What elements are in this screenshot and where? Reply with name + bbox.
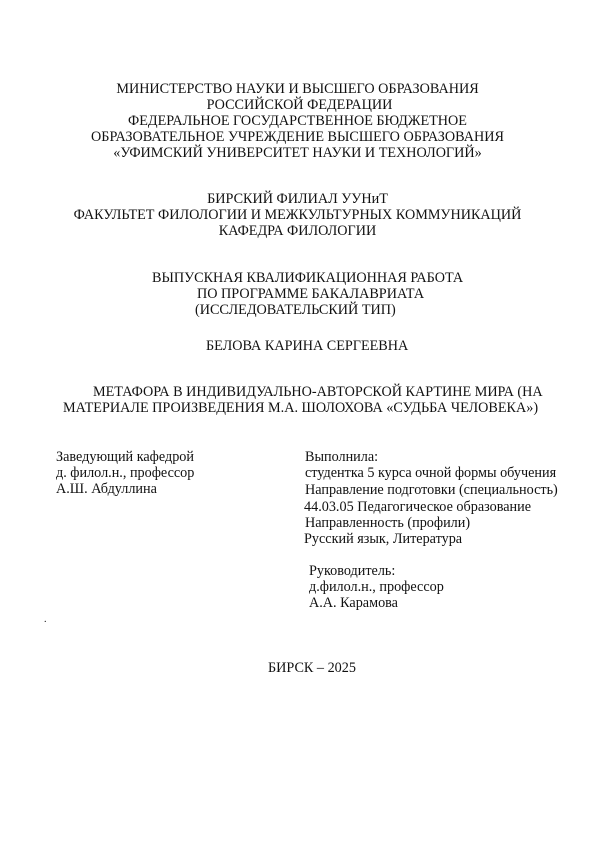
- ministry-line-1: МИНИСТЕРСТВО НАУКИ И ВЫСШЕГО ОБРАЗОВАНИЯ: [0, 81, 595, 97]
- thesis-title-line-1: МЕТАФОРА В ИНДИВИДУАЛЬНО-АВТОРСКОЙ КАРТИ…: [93, 384, 543, 400]
- head-of-department-degree: д. филол.н., профессор: [56, 465, 194, 481]
- study-profile-label: Направленность (профили): [305, 515, 470, 531]
- performed-by-label: Выполнила:: [305, 449, 378, 465]
- supervisor-block: Руководитель: д.филол.н., профессор А.А.…: [309, 563, 444, 611]
- supervisor-name: А.А. Карамова: [309, 595, 444, 611]
- branch-name: БИРСКИЙ ФИЛИАЛ УУНиТ: [0, 191, 595, 207]
- ministry-line-3: ФЕДЕРАЛЬНОЕ ГОСУДАРСТВЕННОЕ БЮДЖЕТНОЕ: [0, 113, 595, 129]
- head-of-department-block: Заведующий кафедрой д. филол.н., професс…: [56, 449, 194, 497]
- study-direction-value: 44.03.05 Педагогическое образование: [304, 499, 531, 515]
- department-name: КАФЕДРА ФИЛОЛОГИИ: [0, 223, 595, 239]
- ministry-line-2: РОССИЙСКОЙ ФЕДЕРАЦИИ: [0, 97, 595, 113]
- head-of-department-name: А.Ш. Абдуллина: [56, 481, 194, 497]
- thesis-title-line-2: МАТЕРИАЛЕ ПРОИЗВЕДЕНИЯ М.А. ШОЛОХОВА «СУ…: [63, 400, 538, 416]
- faculty-name: ФАКУЛЬТЕТ ФИЛОЛОГИИ И МЕЖКУЛЬТУРНЫХ КОММ…: [0, 207, 595, 223]
- head-of-department-title: Заведующий кафедрой: [56, 449, 194, 465]
- work-type-line-1: ВЫПУСКНАЯ КВАЛИФИКАЦИОННАЯ РАБОТА: [152, 270, 463, 286]
- work-type-line-3: (ИССЛЕДОВАТЕЛЬСКИЙ ТИП): [195, 302, 396, 318]
- study-direction-label: Направление подготовки (специальность): [305, 482, 558, 498]
- ministry-line-4: ОБРАЗОВАТЕЛЬНОЕ УЧРЕЖДЕНИЕ ВЫСШЕГО ОБРАЗ…: [0, 129, 595, 145]
- stray-mark: .: [44, 612, 47, 628]
- supervisor-label: Руководитель:: [309, 563, 444, 579]
- study-profile-value: Русский язык, Литература: [304, 531, 462, 547]
- student-course: студентка 5 курса очной формы обучения: [305, 465, 556, 481]
- work-type-line-2: ПО ПРОГРАММЕ БАКАЛАВРИАТА: [197, 286, 424, 302]
- city-year: БИРСК – 2025: [268, 660, 356, 676]
- ministry-line-5: «УФИМСКИЙ УНИВЕРСИТЕТ НАУКИ И ТЕХНОЛОГИЙ…: [0, 145, 595, 161]
- supervisor-degree: д.филол.н., профессор: [309, 579, 444, 595]
- author-name: БЕЛОВА КАРИНА СЕРГЕЕВНА: [206, 338, 408, 354]
